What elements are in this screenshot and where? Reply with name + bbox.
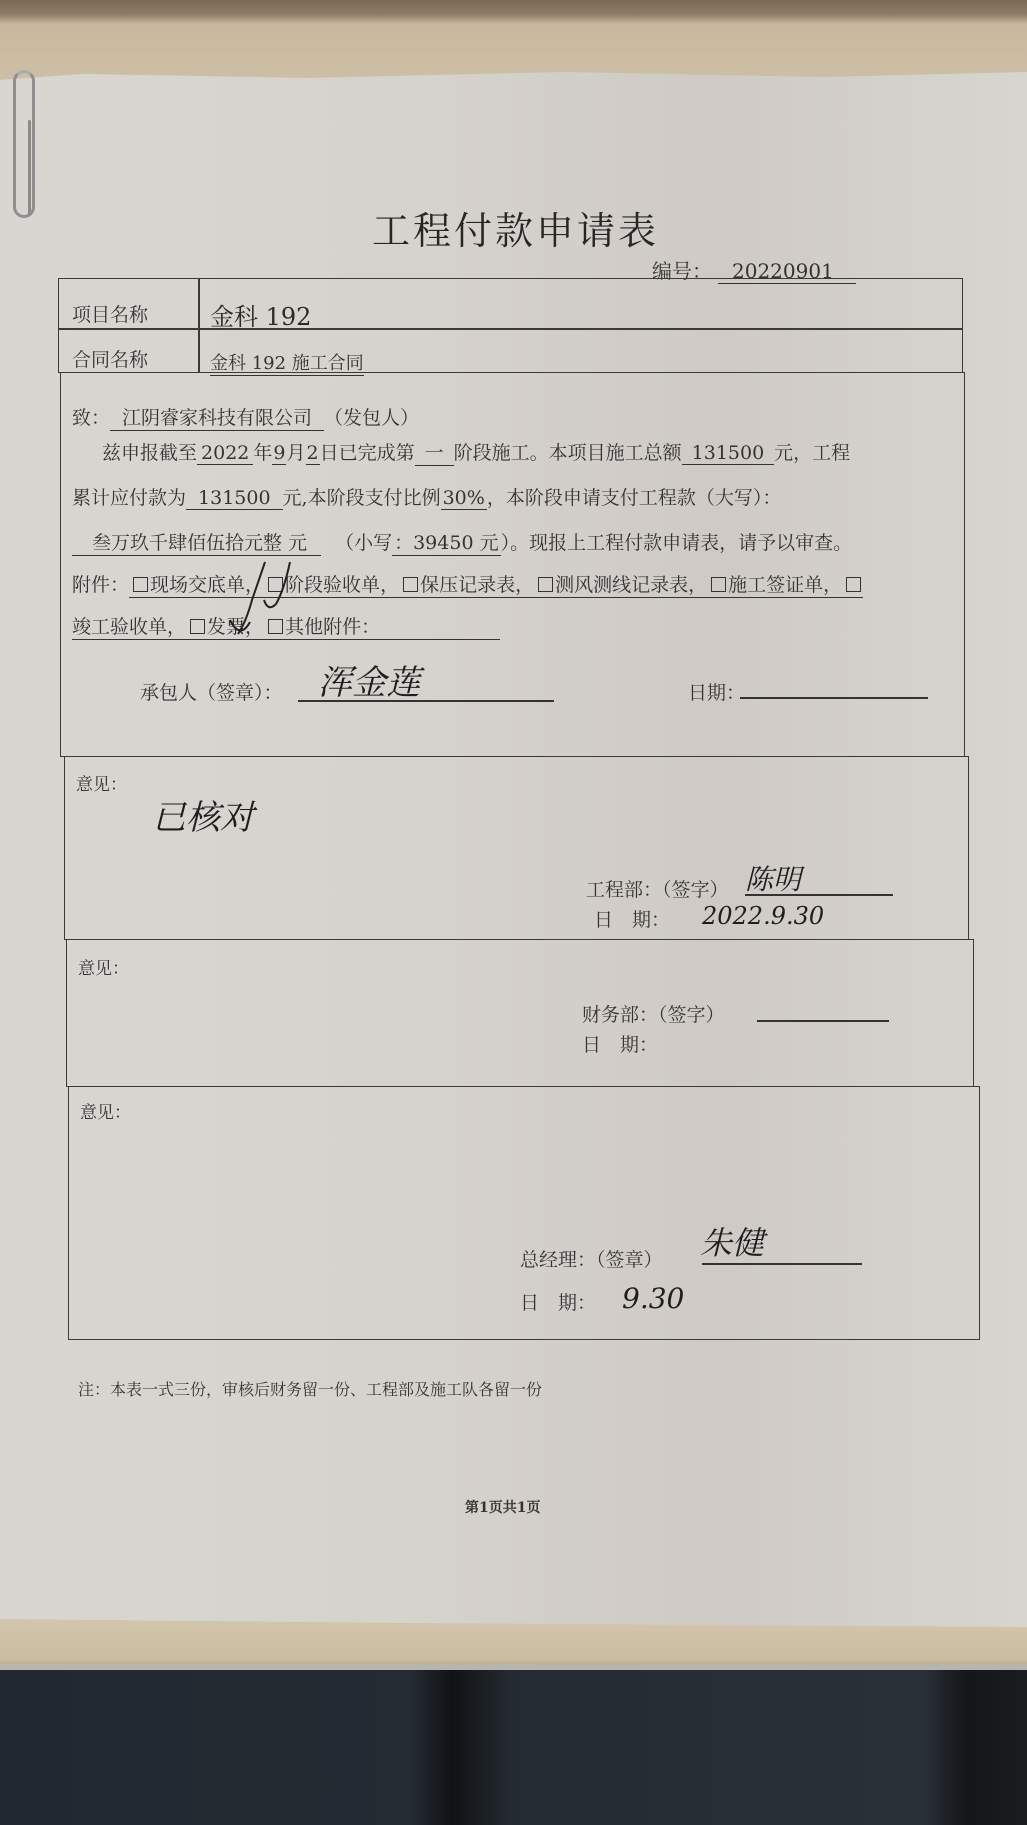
contract-name-label: 合同名称 <box>72 345 148 372</box>
text: 年 <box>253 442 272 464</box>
text: ）。现报上工程付款申请表，请予以审查。 <box>501 532 853 554</box>
to-label: 致： <box>72 407 110 429</box>
text: 阶段施工。本项目施工总额 <box>454 442 682 464</box>
checkbox[interactable] <box>538 577 553 592</box>
amount-line: 叁万玖千肆佰伍拾元整 元（小写：39450 元）。现报上工程付款申请表，请予以审… <box>72 528 852 556</box>
footer-note: 注：本表一式三份，审核后财务留一份、工程部及施工队各留一份 <box>78 1377 542 1400</box>
project-name-value: 金科 192 <box>210 297 311 332</box>
dark-fabric-background <box>0 1670 1027 1825</box>
opinion-label: 意见： <box>76 770 127 795</box>
amount-words-unit: 元 <box>288 532 307 554</box>
opinion-label: 意见： <box>80 1098 131 1123</box>
text: （小写 <box>335 532 392 554</box>
paperclip-inner-wire <box>28 120 31 215</box>
report-day: 2 <box>306 442 320 465</box>
attachment-label: 竣工验收单 <box>72 616 167 638</box>
paperclip-icon <box>13 70 35 218</box>
engineering-review-section <box>64 756 969 940</box>
text: 元，工程 <box>774 442 850 464</box>
attachments-label: 附件： <box>72 574 129 596</box>
engineering-dept-label: 工程部：（签字） <box>586 875 729 902</box>
engineering-date-value: 2022.9.30 <box>702 902 824 930</box>
payable-line: 累计应付款为131500元,本阶段支付比例30%，本阶段申请支付工程款（大写）： <box>72 483 781 510</box>
wood-surface-top <box>0 0 1027 80</box>
table-divider <box>58 328 963 330</box>
progress-line: 兹申报截至2022年9月2日已完成第一阶段施工。本项目施工总额131500元，工… <box>102 438 850 466</box>
contractor-signature-label: 承包人（签章）： <box>140 678 283 705</box>
finance-dept-label: 财务部：（签字） <box>582 1000 725 1027</box>
amount-in-words: 叁万玖千肆佰伍拾元整 元 <box>72 528 321 556</box>
date-line <box>740 697 928 699</box>
attachment-label: 施工签证单 <box>728 574 823 596</box>
total-amount: 131500 <box>682 442 775 465</box>
gm-date-label: 日 期： <box>520 1288 596 1315</box>
checkbox[interactable] <box>711 577 726 592</box>
engineering-opinion-handwritten: 已核对 <box>152 790 254 839</box>
checkbox[interactable] <box>190 619 205 634</box>
client-company: 江阴睿家科技有限公司 <box>110 403 324 431</box>
gm-date-value: 9.30 <box>622 1282 684 1315</box>
document-title: 工程付款申请表 <box>372 200 659 255</box>
project-info-table <box>58 278 963 373</box>
payment-ratio: 30% <box>441 487 487 510</box>
attachment-label: 测风测线记录表 <box>555 574 688 596</box>
cumulative-payable: 131500 <box>186 487 283 510</box>
table-column-divider <box>198 278 200 373</box>
signature-line <box>745 894 893 896</box>
attachments-line-1: 附件：现场交底单，阶段验收单，保压记录表，测风测线记录表，施工签证单， <box>72 570 863 598</box>
finance-date-label: 日 期： <box>582 1030 658 1057</box>
amount-words-text: 叁万玖千肆佰伍拾元整 <box>92 532 282 554</box>
contractor-signature: 浑金莲 <box>318 655 420 704</box>
amount-in-figures: ：39450 元 <box>392 528 500 556</box>
checkbox[interactable] <box>133 577 148 592</box>
checkbox[interactable] <box>846 577 861 592</box>
attachment-label: 保压记录表 <box>420 574 515 596</box>
engineering-date-label: 日 期： <box>594 905 670 932</box>
project-name-label: 项目名称 <box>72 300 148 327</box>
finance-review-section <box>66 939 974 1087</box>
client-suffix: （发包人） <box>324 407 419 429</box>
checkmark-strokes-icon <box>210 560 330 640</box>
report-year: 2022 <box>197 442 253 465</box>
page-number: 第1页共1页 <box>465 1497 540 1517</box>
text: 月 <box>286 442 305 464</box>
signature-line <box>702 1263 862 1265</box>
signature-line <box>757 1020 889 1022</box>
opinion-label: 意见： <box>78 954 129 979</box>
text: 日已完成第 <box>320 442 415 464</box>
contractor-date-label: 日期： <box>688 678 745 705</box>
text: 累计应付款为 <box>72 487 186 509</box>
signature-line <box>298 700 554 702</box>
stage-number: 一 <box>415 438 454 466</box>
text: 元,本阶段支付比例 <box>283 487 441 509</box>
checkbox[interactable] <box>403 577 418 592</box>
text: ，本阶段申请支付工程款（大写）： <box>487 487 782 509</box>
text: 兹申报截至 <box>102 442 197 464</box>
gm-label: 总经理：（签章） <box>520 1245 663 1272</box>
gm-signature: 朱健 <box>700 1218 764 1264</box>
engineering-signature: 陈明 <box>745 858 801 898</box>
addressee-line: 致：江阴睿家科技有限公司（发包人） <box>72 403 419 431</box>
report-month: 9 <box>272 442 286 465</box>
